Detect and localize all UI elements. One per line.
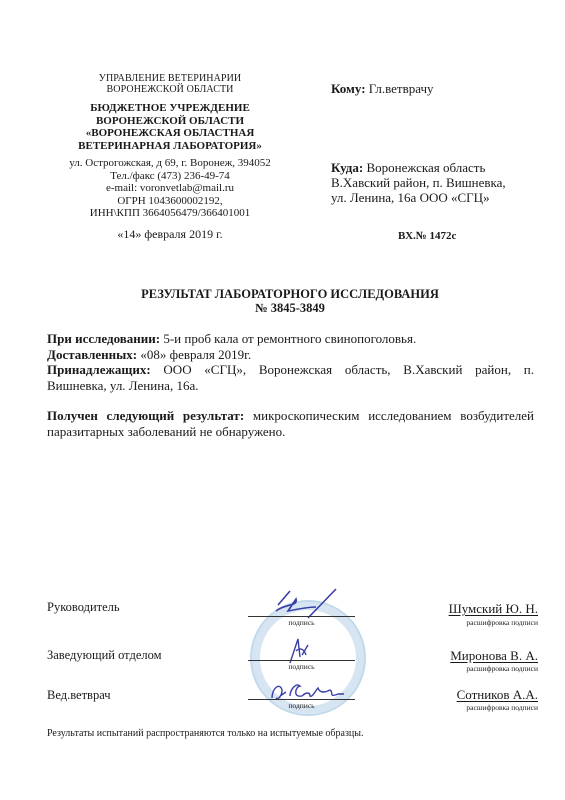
result-value-continued: паразитарных заболеваний не обнаружено. [47, 424, 534, 440]
email: e-mail: voronvetlab@mail.ru [40, 182, 300, 195]
signature-caption: подпись [248, 701, 355, 710]
destination-line: В.Хавский район, п. Вишневка, [331, 175, 551, 190]
document-title: РЕЗУЛЬТАТ ЛАБОРАТОРНОГО ИССЛЕДОВАНИЯ № 3… [40, 287, 540, 315]
destination-line: ул. Ленина, 16а ООО «СГЦ» [331, 190, 551, 205]
result-value: микроскопическим исследованием возбудите… [253, 408, 534, 423]
signer-name: Шумский Ю. Н. [410, 601, 538, 617]
recipient-label: Кому: [331, 81, 366, 96]
delivered-value: «08» февраля 2019г. [140, 347, 251, 362]
result-label: Получен следующий результат: [47, 408, 244, 423]
signature-line [248, 699, 355, 700]
organization-line: БЮДЖЕТНОЕ УЧРЕЖДЕНИЕ [40, 102, 300, 115]
signature-line [248, 660, 355, 661]
inn-kpp: ИНН\КПП 3664056479/366401001 [40, 207, 300, 220]
signer-role: Руководитель [47, 600, 120, 615]
result-row: Получен следующий результат: микроскопич… [47, 408, 534, 424]
department-line: ВОРОНЕЖСКОЙ ОБЛАСТИ [40, 84, 300, 95]
address: ул. Острогожская, д 69, г. Воронеж, 3940… [40, 157, 300, 170]
department-name: УПРАВЛЕНИЕ ВЕТЕРИНАРИИ ВОРОНЕЖСКОЙ ОБЛАС… [40, 73, 300, 95]
phone-fax: Тел./факс (473) 236-49-74 [40, 170, 300, 183]
footer-disclaimer: Результаты испытаний распространяются то… [47, 728, 363, 739]
research-value: 5-и проб кала от ремонтного свинопоголов… [163, 331, 416, 346]
destination-line: Воронежская область [366, 160, 485, 175]
signature-caption: подпись [248, 618, 355, 627]
delivered-label: Доставленных: [47, 347, 137, 362]
report-number: № 3845-3849 [40, 301, 540, 315]
incoming-number: ВХ.№ 1472с [398, 230, 456, 242]
ogrn: ОГРН 1043600002192, [40, 195, 300, 208]
recipient: Кому: Гл.ветврачу [331, 81, 551, 96]
document-date: «14» февраля 2019 г. [40, 227, 300, 242]
signer-role: Заведующий отделом [47, 648, 162, 663]
organization-contacts: ул. Острогожская, д 69, г. Воронеж, 3940… [40, 157, 300, 220]
research-details: При исследовании: 5-и проб кала от ремон… [47, 331, 534, 393]
research-row: При исследовании: 5-и проб кала от ремон… [47, 331, 534, 347]
signer-name-caption: расшифровка подписи [410, 703, 538, 712]
destination: Куда: Воронежская область В.Хавский райо… [331, 160, 551, 205]
signer-name-caption: расшифровка подписи [410, 664, 538, 673]
signer-name: Миронова В. А. [410, 648, 538, 664]
owner-value: ООО «СГЦ», Воронежская область, В.Хавски… [163, 362, 534, 377]
research-label: При исследовании: [47, 331, 160, 346]
owner-value-continued: Вишневка, ул. Ленина, 16а. [47, 378, 534, 394]
owner-label: Принадлежащих: [47, 362, 151, 377]
signer-role: Вед.ветврач [47, 688, 111, 703]
signer-name-caption: расшифровка подписи [410, 618, 538, 627]
organization-line: ВОРОНЕЖСКОЙ ОБЛАСТИ [40, 115, 300, 128]
owner-row: Принадлежащих: ООО «СГЦ», Воронежская об… [47, 362, 534, 378]
organization-line: ВЕТЕРИНАРНАЯ ЛАБОРАТОРИЯ» [40, 140, 300, 153]
signer-name: Сотников А.А. [410, 687, 538, 703]
organization-line: «ВОРОНЕЖСКАЯ ОБЛАСТНАЯ [40, 127, 300, 140]
title-line: РЕЗУЛЬТАТ ЛАБОРАТОРНОГО ИССЛЕДОВАНИЯ [40, 287, 540, 301]
destination-label: Куда: [331, 160, 363, 175]
signature-caption: подпись [248, 662, 355, 671]
recipient-value: Гл.ветврачу [369, 81, 434, 96]
department-line: УПРАВЛЕНИЕ ВЕТЕРИНАРИИ [40, 73, 300, 84]
organization-name: БЮДЖЕТНОЕ УЧРЕЖДЕНИЕ ВОРОНЕЖСКОЙ ОБЛАСТИ… [40, 102, 300, 152]
result-section: Получен следующий результат: микроскопич… [47, 408, 534, 439]
signature-line [248, 616, 355, 617]
delivered-row: Доставленных: «08» февраля 2019г. [47, 347, 534, 363]
